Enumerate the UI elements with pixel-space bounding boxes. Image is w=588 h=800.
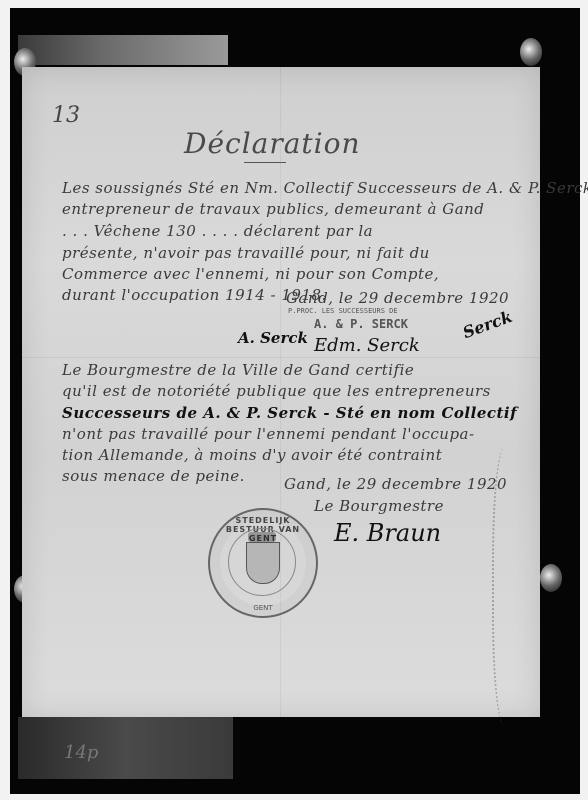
- declaration-line-3: . . . Vêchene 130 . . . . déclarent par …: [62, 222, 373, 240]
- signature-1: A. Serck: [238, 329, 308, 347]
- film-strip-top: [18, 35, 228, 65]
- folio-mark: 13: [52, 103, 80, 128]
- declaration-line-1: Les soussignés Sté en Nm. Collectif Succ…: [62, 179, 588, 197]
- declaration-date: Gand, le 29 decembre 1920: [286, 289, 509, 307]
- signature-3: Serck: [460, 307, 514, 342]
- certification-line-6: sous menace de peine.: [62, 467, 245, 485]
- company-stamp: A. & P. SERCK: [314, 317, 408, 331]
- certification-line-4: n'ont pas travaillé pour l'ennemi pendan…: [62, 425, 475, 443]
- declaration-line-5: Commerce avec l'ennemi, ni pour son Comp…: [62, 265, 439, 283]
- certification-line-3: Successeurs de A. & P. Serck - Sté en no…: [62, 404, 517, 422]
- fold-line-horizontal: [22, 357, 540, 358]
- lion-shield-icon: [246, 542, 280, 584]
- seal-bottom-text: GENT: [210, 604, 316, 612]
- clip-bottom-right: [540, 564, 562, 592]
- certification-line-1: Le Bourgmestre de la Ville de Gand certi…: [62, 361, 414, 379]
- city-seal: STEDELIJK BESTUUR VAN GENT GENT: [208, 508, 318, 618]
- bourgmestre-signature: E. Braun: [334, 519, 441, 547]
- document-paper: 13 Déclaration Les soussignés Sté en Nm.…: [22, 67, 540, 717]
- title-underline: [244, 162, 286, 163]
- document-title: Déclaration: [184, 127, 361, 160]
- declaration-line-2: entrepreneur de travaux publics, demeura…: [62, 200, 484, 218]
- clip-top-right: [520, 38, 542, 66]
- certification-date: Gand, le 29 decembre 1920: [284, 475, 507, 493]
- crown-icon: [248, 532, 276, 542]
- film-strip-bottom: [18, 717, 233, 779]
- bourgmestre-title: Le Bourgmestre: [314, 497, 444, 515]
- signature-2: Edm. Serck: [314, 335, 420, 356]
- certification-line-2: qu'il est de notoriété publique que les …: [62, 382, 491, 400]
- declaration-line-4: présente, n'avoir pas travaillé pour, ni…: [62, 244, 430, 262]
- certification-line-5: tion Allemande, à moins d'y avoir été co…: [62, 446, 442, 464]
- company-stamp-small: P.PROC. LES SUCCESSEURS DE: [288, 307, 398, 315]
- negative-mark: 14p: [64, 742, 98, 763]
